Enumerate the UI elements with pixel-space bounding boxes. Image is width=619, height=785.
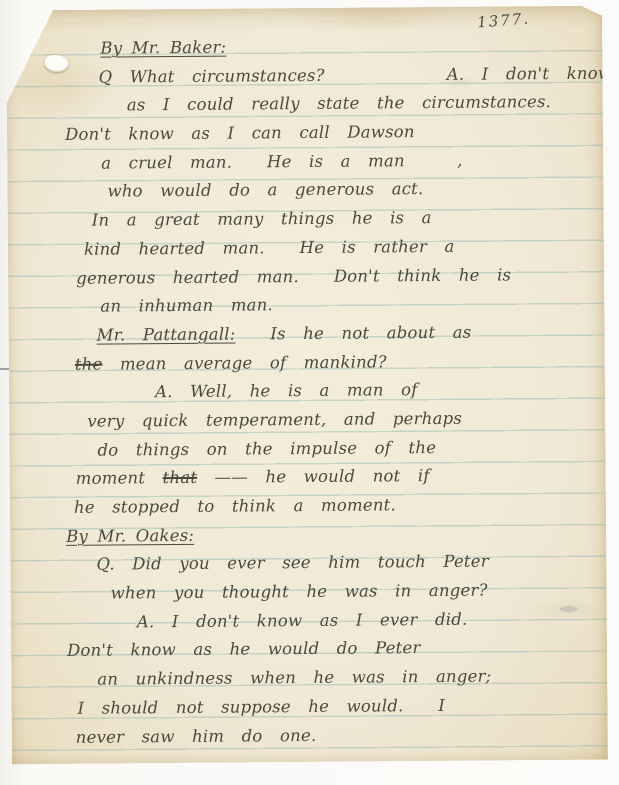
- handwriting-line: an unkindness when he was in anger;: [11, 662, 607, 695]
- scanned-document: 1377. By Mr. Baker:Q What circumstances?…: [0, 0, 619, 785]
- underlined-text: By Mr. Oakes:: [66, 526, 194, 546]
- handwriting-line: generous hearted man. Don't think he is: [8, 260, 604, 293]
- handwriting-line: a cruel man. He is a man ,: [7, 145, 603, 178]
- handwriting-line: Don't know as he would do Peter: [11, 633, 607, 666]
- handwriting-line: an inhuman man.: [8, 289, 604, 322]
- handwriting-line: Don't know as I can call Dawson: [7, 117, 603, 150]
- manuscript-lines: By Mr. Baker:Q What circumstances? A. I …: [6, 31, 608, 753]
- struck-word: the: [75, 354, 103, 373]
- stray-mark: [0, 368, 9, 370]
- handwriting-line: as I could really state the circumstance…: [7, 88, 603, 121]
- handwriting-line: the mean average of mankind?: [9, 346, 605, 379]
- handwriting-line: when you thought he was in anger?: [11, 576, 607, 609]
- section-heading-line: By Mr. Baker:: [6, 31, 602, 64]
- handwriting-line: Q What circumstances? A. I don't know: [6, 59, 602, 92]
- scan-background: { "page": { "page_number": "1377.", "lin…: [0, 0, 619, 785]
- handwriting-line: moment that —— he would not if: [10, 461, 606, 494]
- struck-word: that: [163, 468, 198, 487]
- handwriting-line: A. Well, he is a man of: [9, 375, 605, 408]
- section-heading-line: By Mr. Oakes:: [10, 518, 606, 551]
- document-page: 1377. By Mr. Baker:Q What circumstances?…: [6, 6, 608, 765]
- handwriting-line: never saw him do one.: [12, 719, 608, 752]
- handwriting-line: who would do a generous act.: [7, 174, 603, 207]
- handwriting-line: very quick temperament, and perhaps: [9, 404, 605, 437]
- underlined-text: By Mr. Baker:: [100, 38, 226, 58]
- underlined-text: Mr. Pattangall:: [97, 324, 236, 344]
- handwriting-line: I should not suppose he would. I: [11, 690, 607, 723]
- handwriting-line: Q. Did you ever see him touch Peter: [10, 547, 606, 580]
- handwriting-line: he stopped to think a moment.: [10, 490, 606, 523]
- handwriting-line: Mr. Pattangall: Is he not about as: [8, 318, 604, 351]
- handwriting-line: In a great many things he is a: [8, 203, 604, 236]
- handwriting-line: do things on the impulse of the: [9, 432, 605, 465]
- smudge-mark: [560, 606, 578, 612]
- handwriting-line: A. I don't know as I ever did.: [11, 604, 607, 637]
- handwriting-line: kind hearted man. He is rather a: [8, 231, 604, 264]
- page-number: 1377.: [477, 9, 531, 31]
